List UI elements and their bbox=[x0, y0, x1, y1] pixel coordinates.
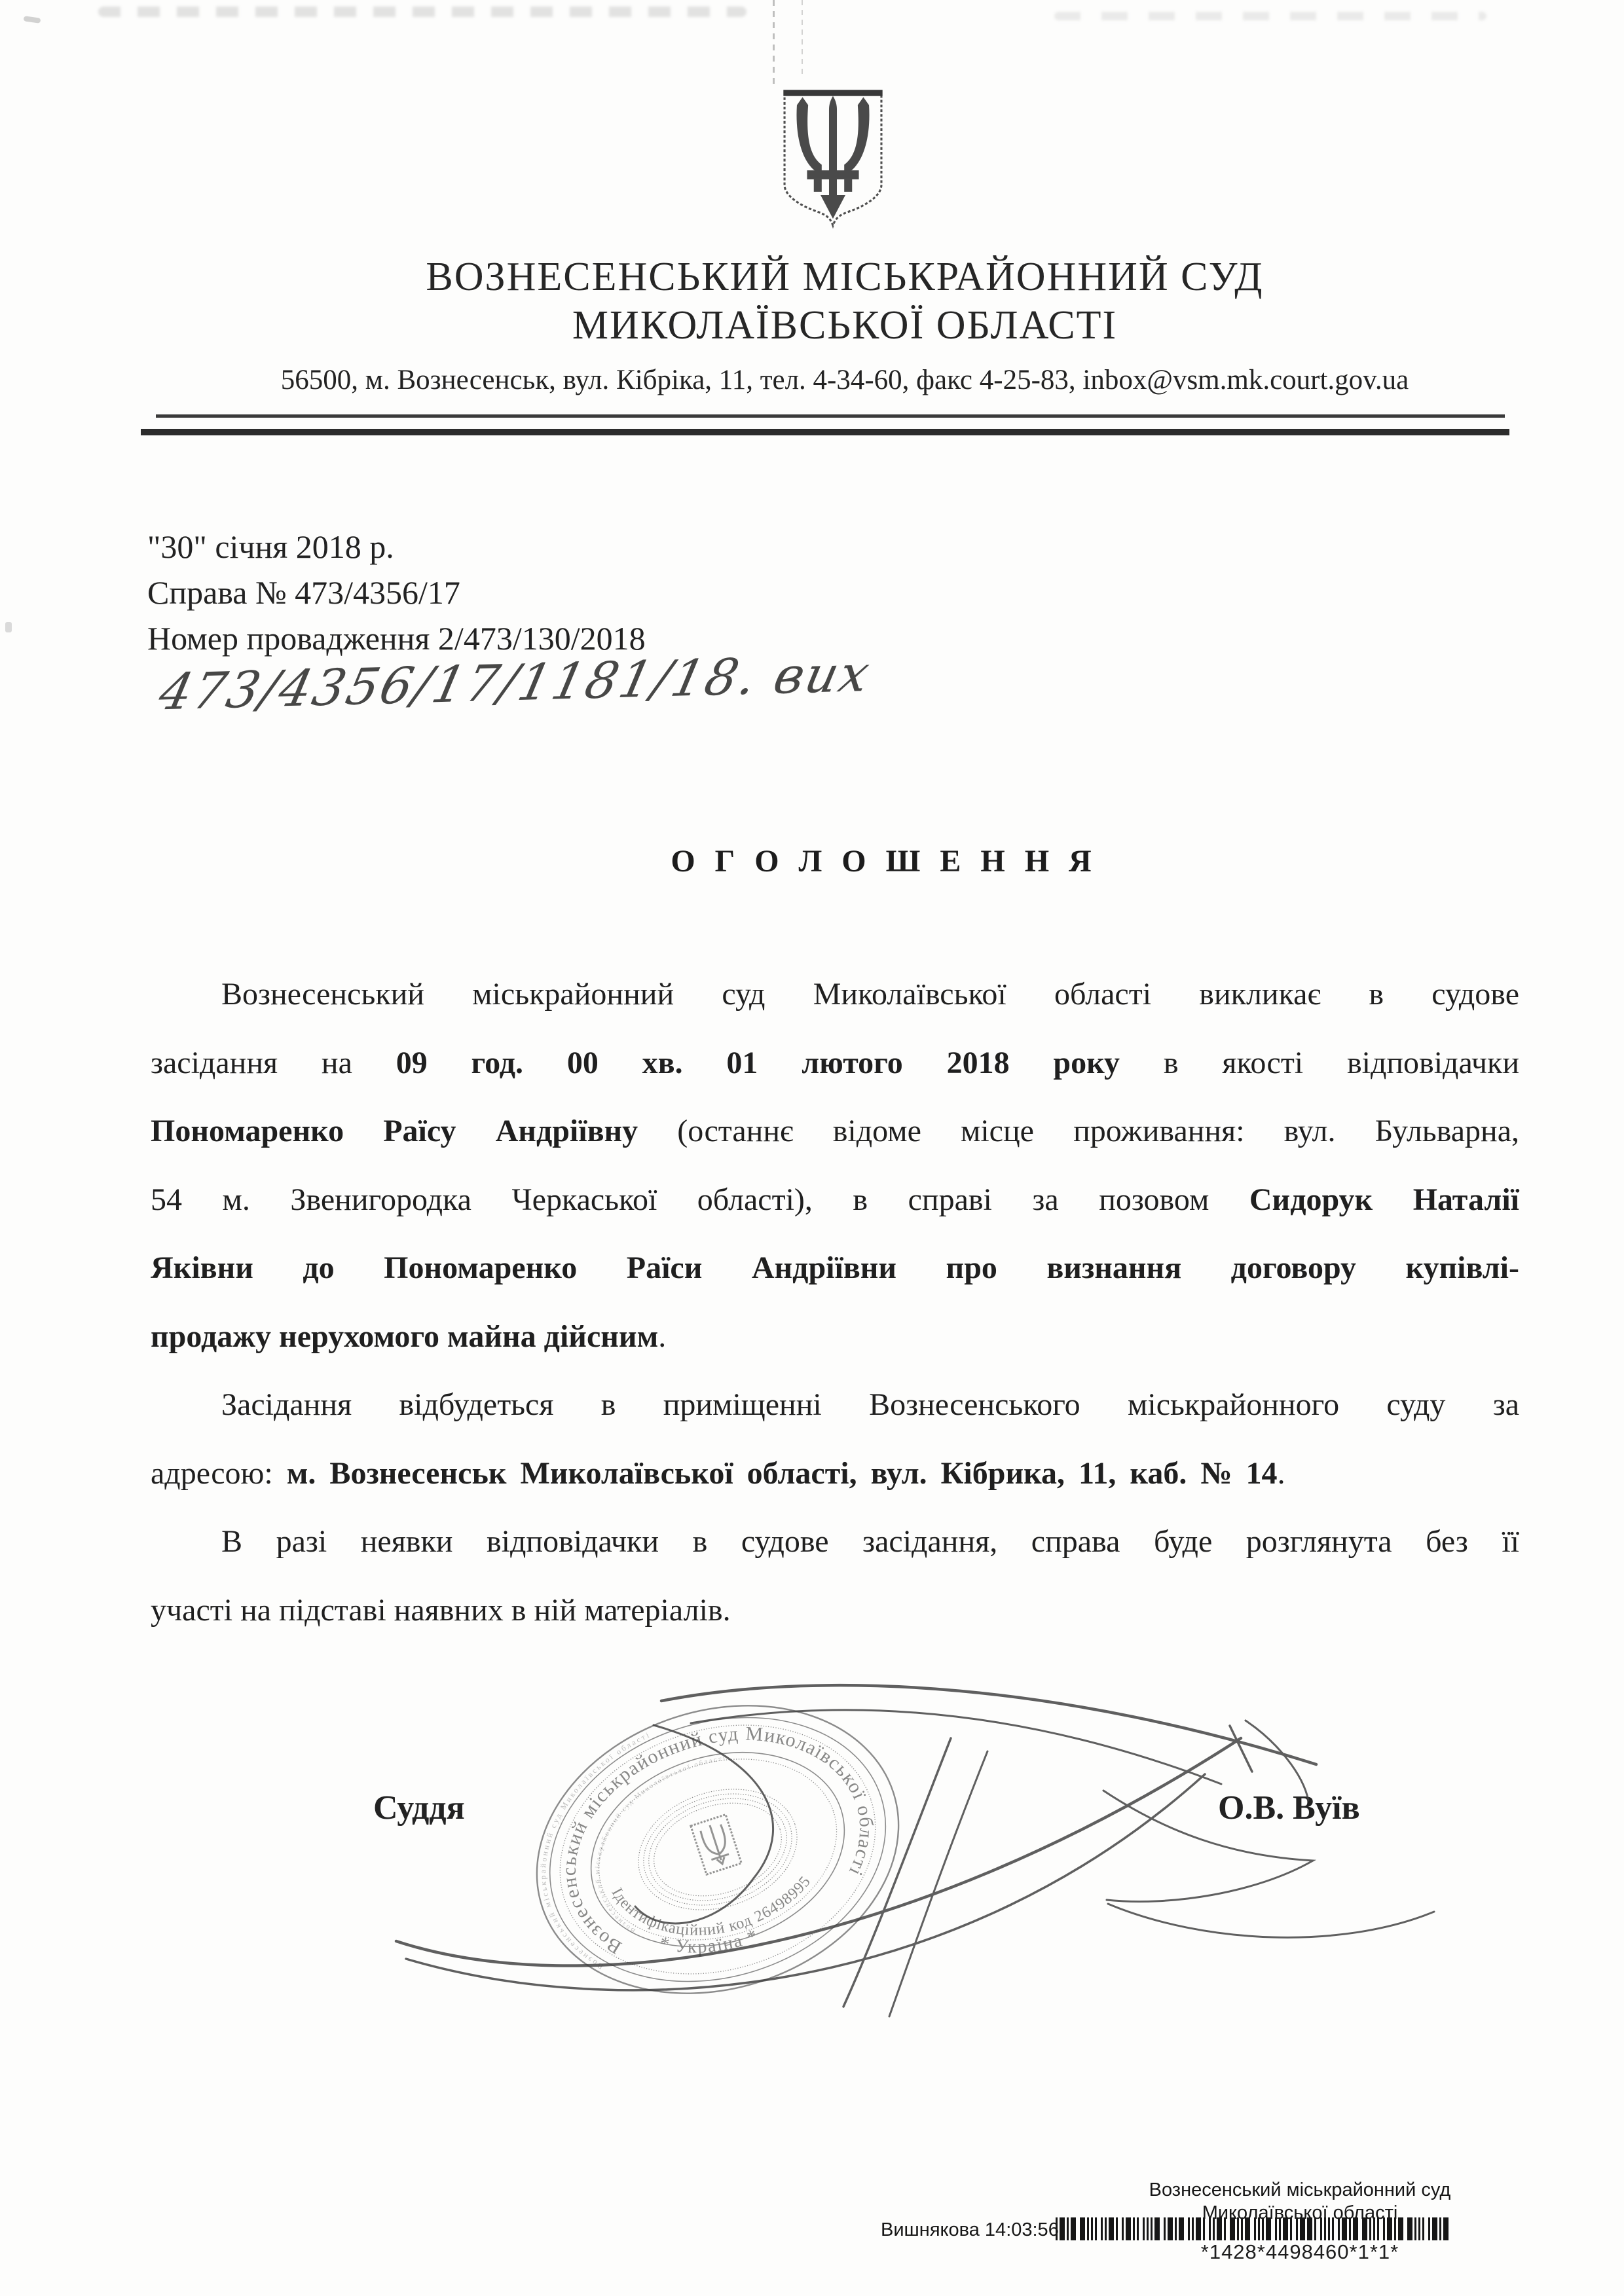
body-text-segment: участі на підставі наявних в ній матеріа… bbox=[151, 1593, 731, 1628]
barcode-bar bbox=[1175, 2217, 1177, 2240]
barcode-value: *1428*4498460*1*1* bbox=[1061, 2240, 1539, 2264]
barcode-bar bbox=[1241, 2217, 1243, 2240]
footer-court-line1: Вознесенський міськрайонний суд bbox=[1061, 2179, 1539, 2202]
barcode-bar bbox=[1300, 2217, 1305, 2240]
body-text-segment: 09 год. 00 хв. 01 лютого 2018 року bbox=[396, 1046, 1120, 1080]
body: Вознесенський міськрайонний суд Миколаїв… bbox=[151, 960, 1519, 1645]
barcode-bar bbox=[1237, 2217, 1239, 2240]
body-text-segment: Вознесенський міськрайонний суд Миколаїв… bbox=[221, 977, 1519, 1011]
ukraine-trident-emblem bbox=[777, 85, 889, 233]
barcode-bar bbox=[1414, 2217, 1416, 2240]
barcode-bar bbox=[1080, 2217, 1085, 2240]
scan-artifact-ghost-text bbox=[1054, 12, 1486, 20]
barcode-bar bbox=[1407, 2217, 1412, 2240]
footer-operator-timestamp: Вишнякова 14:03:56 bbox=[881, 2219, 1059, 2241]
barcode-bar bbox=[1443, 2217, 1449, 2240]
body-text-segment: адресою: bbox=[151, 1456, 287, 1491]
barcode-bar bbox=[1151, 2217, 1153, 2240]
barcode-bar bbox=[1383, 2217, 1385, 2240]
barcode-bar bbox=[1087, 2217, 1089, 2240]
barcode-bar bbox=[1071, 2217, 1076, 2240]
barcode-bar bbox=[1314, 2217, 1316, 2240]
barcode-bar bbox=[1398, 2217, 1403, 2240]
header-divider-thick bbox=[141, 429, 1509, 435]
barcode-bar bbox=[1217, 2217, 1222, 2240]
body-line: В разі неявки відповідачки в судове засі… bbox=[151, 1508, 1519, 1576]
scan-artifact-dashes bbox=[773, 0, 775, 86]
barcode-bar bbox=[1290, 2217, 1292, 2240]
barcode-bar bbox=[1213, 2217, 1215, 2240]
barcode-bar bbox=[1137, 2217, 1139, 2240]
court-name-line1: ВОЗНЕСЕНСЬКИЙ МІСЬКРАЙОННИЙ СУД bbox=[65, 253, 1624, 301]
barcode-bar bbox=[1428, 2217, 1430, 2240]
barcode-bar bbox=[1224, 2217, 1226, 2240]
barcode-bar bbox=[1091, 2217, 1093, 2240]
scan-artifact-speck bbox=[5, 622, 12, 632]
barcode-bar bbox=[1418, 2217, 1420, 2240]
body-text-segment: м. Вознесенськ Миколаївської області, ву… bbox=[287, 1456, 1278, 1491]
body-text-segment: В разі неявки відповідачки в судове засі… bbox=[221, 1524, 1519, 1559]
barcode-bar bbox=[1143, 2217, 1145, 2240]
body-line: Пономаренко Раїсу Андріївну (останнє від… bbox=[151, 1097, 1519, 1166]
body-text-segment: Засідання відбудеться в приміщенні Возне… bbox=[221, 1387, 1519, 1422]
barcode-bar bbox=[1203, 2217, 1205, 2240]
barcode-bar bbox=[1164, 2217, 1166, 2240]
court-name-heading: ВОЗНЕСЕНСЬКИЙ МІСЬКРАЙОННИЙ СУД МИКОЛАЇВ… bbox=[65, 253, 1624, 350]
barcode-bar bbox=[1179, 2217, 1184, 2240]
barcode-bar bbox=[1324, 2217, 1326, 2240]
court-name-line2: МИКОЛАЇВСЬКОЇ ОБЛАСТІ bbox=[65, 301, 1624, 350]
court-address-line: 56500, м. Вознесенськ, вул. Кібріка, 11,… bbox=[65, 364, 1624, 396]
barcode-bar bbox=[1258, 2217, 1260, 2240]
case-number: Справа № 473/4356/17 bbox=[147, 570, 646, 615]
body-line: засідання на 09 год. 00 хв. 01 лютого 20… bbox=[151, 1029, 1519, 1098]
document-title: О Г О Л О Ш Е Н Н Я bbox=[589, 843, 1179, 879]
document-date: "30" січня 2018 р. bbox=[147, 524, 646, 570]
stamp-and-signature-area: Вознесенський міськрайонний суд Миколаїв… bbox=[295, 1663, 1473, 2043]
body-text-segment: 54 м. Звенигородка Черкаської області), … bbox=[151, 1182, 1249, 1217]
barcode bbox=[1056, 2217, 1534, 2240]
barcode-bar bbox=[1230, 2217, 1235, 2240]
barcode-bar bbox=[1067, 2217, 1069, 2240]
barcode-bar bbox=[1196, 2217, 1201, 2240]
barcode-bar bbox=[1262, 2217, 1264, 2240]
body-text-segment: Пономаренко Раїсу Андріївну bbox=[151, 1114, 638, 1148]
scan-artifact-ghost-text bbox=[98, 7, 747, 17]
barcode-bar bbox=[1116, 2217, 1118, 2240]
body-text-segment: в якості відповідачки bbox=[1120, 1046, 1519, 1080]
body-line: Яківни до Пономаренко Раїси Андріївни пр… bbox=[151, 1234, 1519, 1303]
barcode-bar bbox=[1349, 2217, 1351, 2240]
barcode-bar bbox=[1362, 2217, 1367, 2240]
barcode-bar bbox=[1133, 2217, 1135, 2240]
barcode-bar bbox=[1188, 2217, 1190, 2240]
barcode-bar bbox=[1296, 2217, 1298, 2240]
body-text-segment: Яківни до Пономаренко Раїси Андріївни пр… bbox=[151, 1250, 1519, 1285]
barcode-bar bbox=[1060, 2217, 1065, 2240]
header-divider-thin bbox=[156, 414, 1505, 418]
body-line: адресою: м. Вознесенськ Миколаївської об… bbox=[151, 1440, 1519, 1508]
body-line: Засідання відбудеться в приміщенні Возне… bbox=[151, 1371, 1519, 1440]
barcode-bar bbox=[1342, 2217, 1347, 2240]
barcode-bar bbox=[1105, 2217, 1107, 2240]
body-line: участі на підставі наявних в ній матеріа… bbox=[151, 1576, 1519, 1645]
barcode-bar bbox=[1373, 2217, 1375, 2240]
document-meta-block: "30" січня 2018 р. Справа № 473/4356/17 … bbox=[147, 524, 646, 661]
barcode-bar bbox=[1168, 2217, 1173, 2240]
barcode-bar bbox=[1101, 2217, 1103, 2240]
court-round-stamp: Вознесенський міськрайонний суд Миколаїв… bbox=[295, 1663, 1473, 2043]
barcode-bar bbox=[1056, 2217, 1058, 2240]
stamp-micro-text: Вознесенський міськрайонний суд Миколаїв… bbox=[568, 1752, 770, 1941]
scan-artifact-speck bbox=[24, 16, 41, 24]
body-text-segment: . bbox=[1278, 1456, 1285, 1491]
barcode-bar bbox=[1279, 2217, 1281, 2240]
barcode-bar bbox=[1320, 2217, 1322, 2240]
body-line: 54 м. Звенигородка Черкаської області), … bbox=[151, 1166, 1519, 1235]
barcode-bar bbox=[1369, 2217, 1371, 2240]
body-line: продажу нерухомого майна дійсним. bbox=[151, 1303, 1519, 1372]
barcode-bar bbox=[1154, 2217, 1160, 2240]
barcode-bar bbox=[1328, 2217, 1330, 2240]
barcode-bar bbox=[1095, 2217, 1097, 2240]
barcode-bar bbox=[1122, 2217, 1124, 2240]
trident-shield-icon bbox=[777, 85, 889, 233]
barcode-bar bbox=[1109, 2217, 1114, 2240]
body-text-segment: . bbox=[658, 1319, 666, 1354]
scan-artifact-dashes bbox=[802, 0, 803, 79]
barcode-bar bbox=[1432, 2217, 1437, 2240]
barcode-bar bbox=[1307, 2217, 1312, 2240]
barcode-bar bbox=[1266, 2217, 1271, 2240]
barcode-bar bbox=[1147, 2217, 1149, 2240]
barcode-bar bbox=[1332, 2217, 1334, 2240]
barcode-bar bbox=[1439, 2217, 1441, 2240]
barcode-bar bbox=[1377, 2217, 1379, 2240]
barcode-bar bbox=[1387, 2217, 1392, 2240]
barcode-bar bbox=[1192, 2217, 1194, 2240]
barcode-bar bbox=[1126, 2217, 1131, 2240]
barcode-bar bbox=[1209, 2217, 1211, 2240]
body-line: Вознесенський міськрайонний суд Миколаїв… bbox=[151, 960, 1519, 1029]
body-text-segment: Сидорук Наталії bbox=[1249, 1182, 1519, 1217]
stamp-center-trident-icon bbox=[691, 1815, 741, 1874]
scanned-court-document: ВОЗНЕСЕНСЬКИЙ МІСЬКРАЙОННИЙ СУД МИКОЛАЇВ… bbox=[0, 0, 1624, 2296]
body-text-segment: засідання на bbox=[151, 1046, 396, 1080]
body-text-segment: продажу нерухомого майна дійсним bbox=[151, 1319, 658, 1354]
barcode-bar bbox=[1422, 2217, 1424, 2240]
barcode-bar bbox=[1275, 2217, 1277, 2240]
body-text-segment: (останнє відоме місце проживання: вул. Б… bbox=[638, 1114, 1519, 1148]
barcode-bar bbox=[1283, 2217, 1288, 2240]
barcode-bar bbox=[1353, 2217, 1358, 2240]
barcode-bar bbox=[1394, 2217, 1396, 2240]
barcode-bar bbox=[1254, 2217, 1256, 2240]
barcode-bar bbox=[1245, 2217, 1250, 2240]
barcode-bar bbox=[1338, 2217, 1340, 2240]
